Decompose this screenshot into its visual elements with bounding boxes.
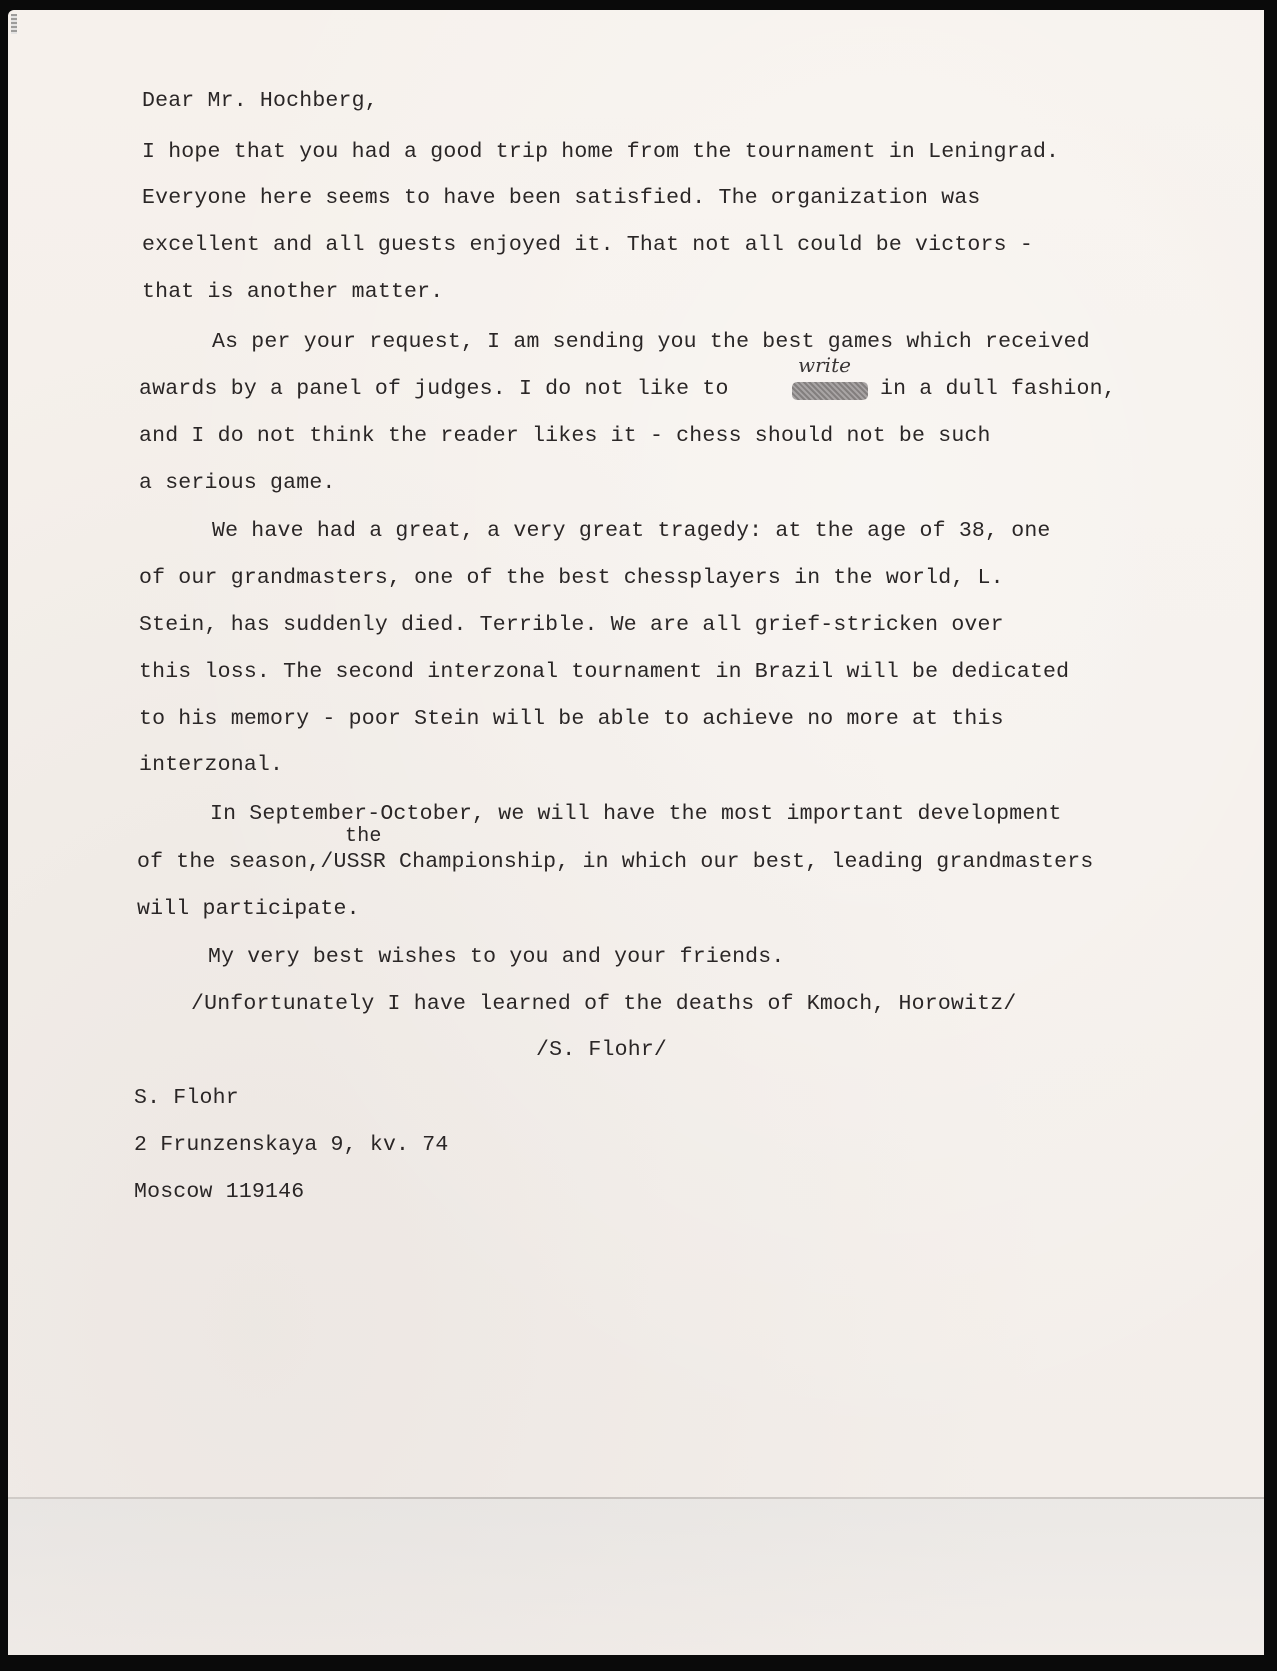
address-name: S. Flohr: [134, 1088, 239, 1110]
paragraph-2-line-3: and I do not think the reader likes it -…: [139, 426, 991, 448]
paragraph-4-insertion: the: [345, 827, 382, 847]
paragraph-2-line-2-start: awards by a panel of judges. I do not li…: [139, 379, 729, 401]
paragraph-3-line-6: interzonal.: [139, 755, 283, 777]
signature: /S. Flohr/: [536, 1040, 667, 1062]
postscript: /Unfortunately I have learned of the dea…: [191, 994, 1016, 1016]
paragraph-3-line-1: We have had a great, a very great traged…: [212, 521, 1051, 543]
paragraph-1-line-2: Everyone here seems to have been satisfi…: [142, 188, 981, 210]
paragraph-2-line-2-end: in a dull fashion,: [880, 379, 1116, 401]
closing-line: My very best wishes to you and your frie…: [208, 947, 785, 969]
handwritten-correction: write: [798, 353, 851, 377]
salutation: Dear Mr. Hochberg,: [142, 91, 378, 113]
lower-fold-panel: [8, 1499, 1264, 1655]
paragraph-1-line-4: that is another matter.: [142, 282, 443, 304]
paragraph-3-line-4: this loss. The second interzonal tournam…: [139, 662, 1069, 684]
paragraph-3-line-2: of our grandmasters, one of the best che…: [139, 568, 1004, 590]
staple-mark: [11, 14, 17, 34]
address-street: 2 Frunzenskaya 9, kv. 74: [134, 1135, 448, 1157]
erased-word: [792, 382, 868, 400]
paragraph-4-line-1: In September-October, we will have the m…: [210, 804, 1062, 826]
paper-fold-crease: [8, 1497, 1264, 1499]
paragraph-1-line-3: excellent and all guests enjoyed it. Tha…: [142, 235, 1033, 257]
paragraph-3-line-3: Stein, has suddenly died. Terrible. We a…: [139, 615, 1004, 637]
address-city: Moscow 119146: [134, 1182, 304, 1204]
letter-page: Dear Mr. Hochberg, I hope that you had a…: [8, 10, 1264, 1655]
paragraph-4-line-3: will participate.: [137, 899, 360, 921]
paragraph-3-line-5: to his memory - poor Stein will be able …: [139, 709, 1004, 731]
paragraph-4-line-2: of the season,/USSR Championship, in whi…: [137, 852, 1093, 874]
paragraph-2-line-4: a serious game.: [139, 473, 336, 495]
paragraph-2-line-1: As per your request, I am sending you th…: [212, 332, 1090, 354]
paragraph-1-line-1: I hope that you had a good trip home fro…: [142, 142, 1059, 164]
